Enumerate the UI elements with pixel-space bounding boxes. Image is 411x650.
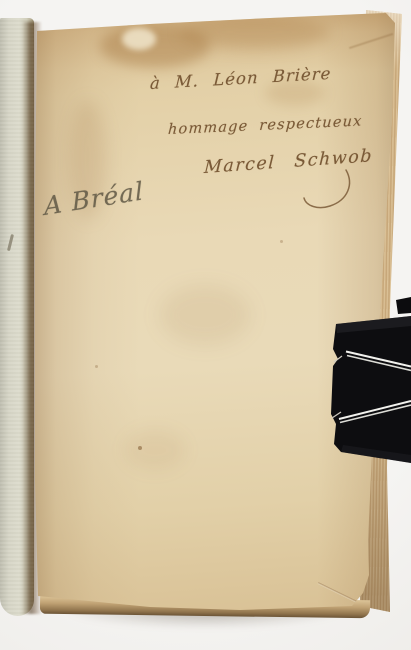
page-speck [95,365,98,368]
page-foxing-stain [180,15,330,49]
page-foxing-stain [160,285,250,345]
page-foxing-stain [100,24,210,68]
signature-flourish [296,168,354,214]
binder-clip [320,294,411,468]
page-speck [138,446,142,450]
pencil-inscription: A Bréal [43,176,145,221]
page-foxing-stain [125,430,185,470]
dedication-line-1: à M. Léon Brière [150,64,332,93]
page-paper-residue [122,28,156,50]
photo-background: à M. Léon Brière hommage respectueux Mar… [0,0,411,650]
dedication-line-2: hommage respectueux [168,113,363,138]
page-crease-top-right [349,33,393,49]
page-speck [280,240,283,243]
